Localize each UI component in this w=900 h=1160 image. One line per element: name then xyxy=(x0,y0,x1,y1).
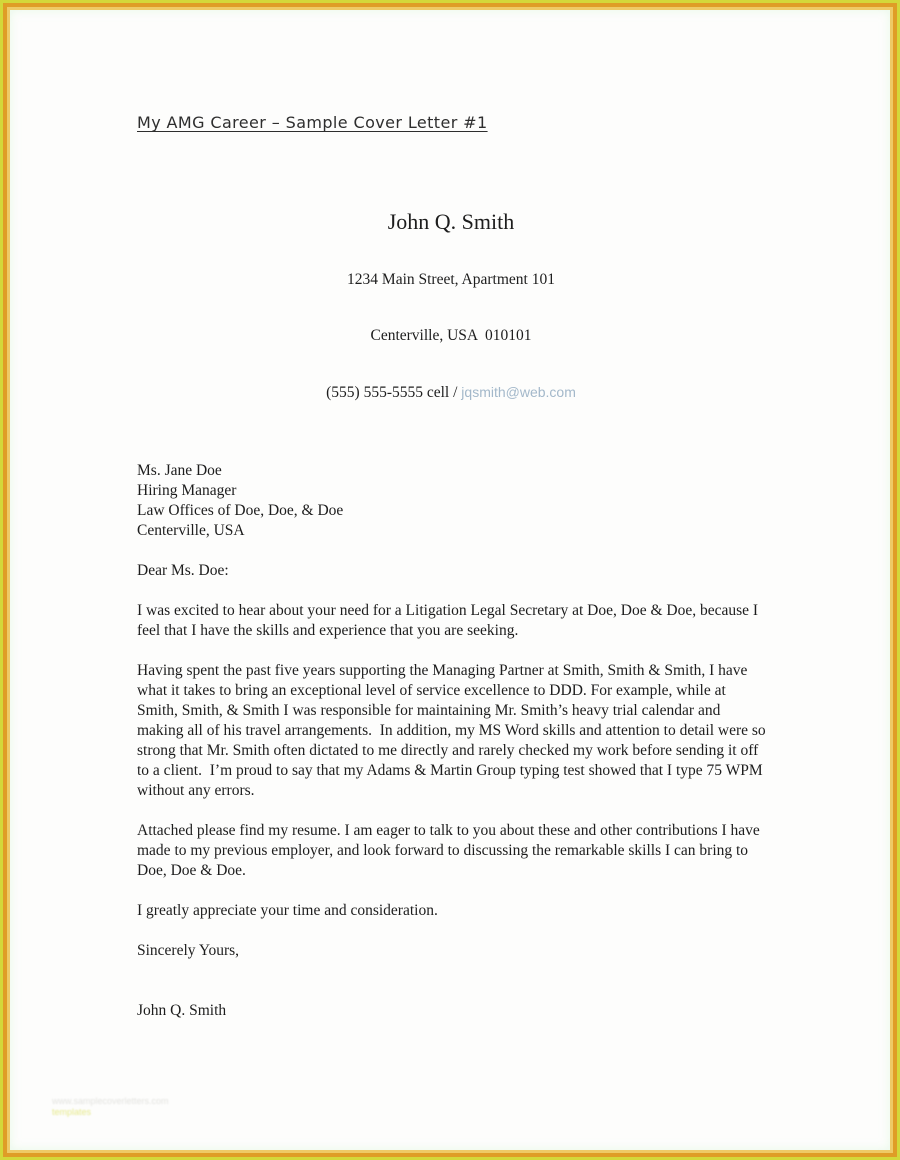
sender-email-link[interactable]: jqsmith@web.com xyxy=(461,384,576,400)
valediction: Sincerely Yours, xyxy=(137,941,769,961)
sender-phone: (555) 555-5555 cell / xyxy=(326,384,461,401)
paragraph-intro: I was excited to hear about your need fo… xyxy=(137,601,769,641)
sender-address-line2: Centerville, USA 010101 xyxy=(137,326,765,346)
watermark: www.samplecoverletters.com templates xyxy=(52,1096,169,1118)
watermark-label-illegible: templates xyxy=(52,1107,169,1118)
recipient-company: Law Offices of Doe, Doe, & Doe xyxy=(137,501,769,521)
recipient-city: Centerville, USA xyxy=(137,521,769,541)
sender-name: John Q. Smith xyxy=(137,210,765,234)
paragraph-thanks: I greatly appreciate your time and consi… xyxy=(137,901,769,921)
watermark-url-illegible: www.samplecoverletters.com xyxy=(52,1096,169,1107)
document-title: My AMG Career – Sample Cover Letter #1 xyxy=(137,112,765,133)
sender-block: John Q. Smith 1234 Main Street, Apartmen… xyxy=(137,174,765,439)
recipient-title: Hiring Manager xyxy=(137,481,769,501)
paragraph-experience: Having spent the past five years support… xyxy=(137,661,769,801)
signature-name: John Q. Smith xyxy=(137,1001,769,1021)
letter-body: Ms. Jane Doe Hiring Manager Law Offices … xyxy=(137,461,769,1021)
recipient-name: Ms. Jane Doe xyxy=(137,461,769,481)
sender-contact-line: (555) 555-5555 cell / jqsmith@web.com xyxy=(137,382,765,403)
cover-letter-page: My AMG Career – Sample Cover Letter #1 J… xyxy=(10,10,890,1150)
recipient-block: Ms. Jane Doe Hiring Manager Law Offices … xyxy=(137,461,769,541)
salutation: Dear Ms. Doe: xyxy=(137,561,769,581)
page-frame: My AMG Career – Sample Cover Letter #1 J… xyxy=(10,10,890,1150)
paragraph-resume: Attached please find my resume. I am eag… xyxy=(137,821,769,881)
sender-address-line1: 1234 Main Street, Apartment 101 xyxy=(137,270,765,290)
